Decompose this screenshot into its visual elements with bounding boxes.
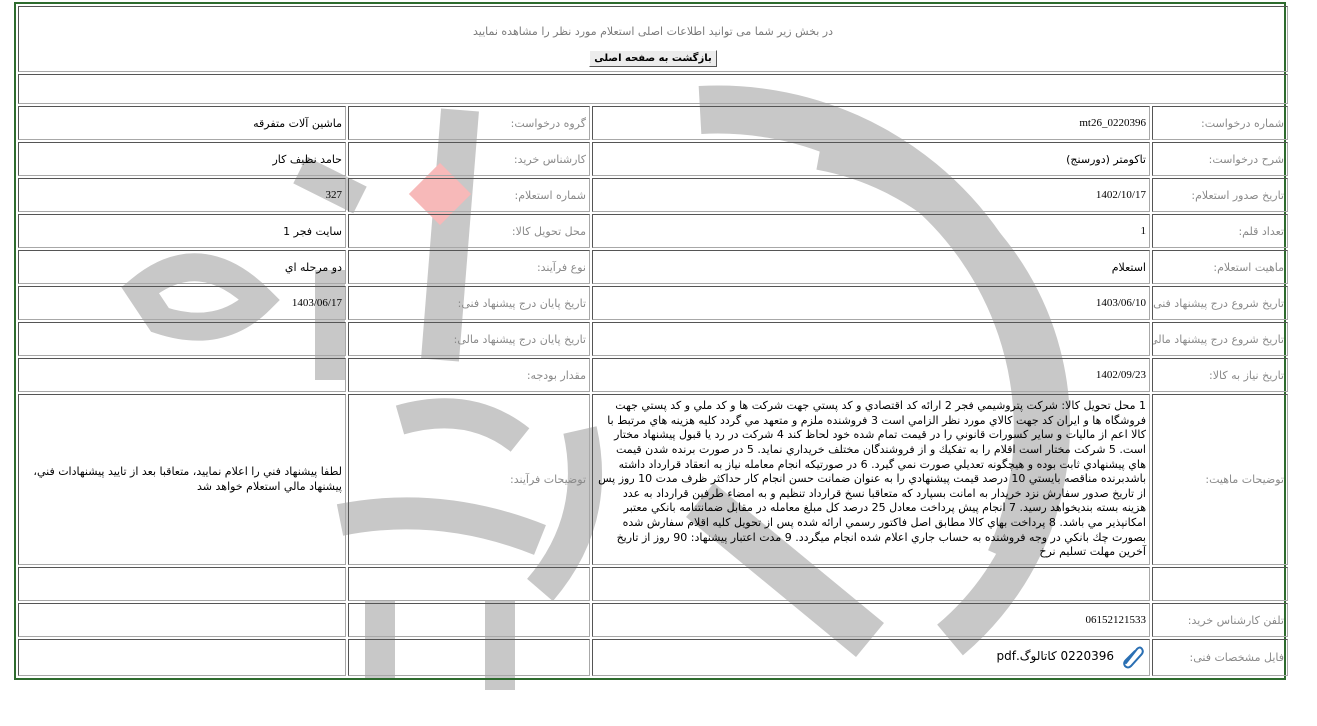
paperclip-icon[interactable] xyxy=(1120,643,1146,669)
need-date-value: 1402/09/23 xyxy=(592,358,1150,392)
tech-spec-file-link[interactable]: 0220396 کاتالوگ.pdf xyxy=(996,643,1146,669)
table-row: تلفن کارشناس خرید: 06152121533 xyxy=(18,603,1288,637)
empty-cell xyxy=(18,603,346,637)
fin-offer-start-label: تاریخ شروع درج پیشنهاد مالی: xyxy=(1152,322,1288,356)
table-row: تاریخ صدور استعلام: 1402/10/17 شماره است… xyxy=(18,178,1288,212)
request-number-label: شماره درخواست: xyxy=(1152,106,1288,140)
details-frame: در بخش زیر شما می توانید اطلاعات اصلی اس… xyxy=(14,2,1286,680)
tech-offer-end-label: تاریخ پایان درج پیشنهاد فنی: xyxy=(348,286,590,320)
inquiry-issue-date-value: 1402/10/17 xyxy=(592,178,1150,212)
request-number-value: mt26_0220396 xyxy=(592,106,1150,140)
inquiry-nature-value: استعلام xyxy=(592,250,1150,284)
table-row: تعداد قلم: 1 محل تحویل کالا: سایت فجر 1 xyxy=(18,214,1288,248)
tech-spec-file-cell: 0220396 کاتالوگ.pdf xyxy=(592,639,1150,676)
spacer-row xyxy=(18,74,1288,104)
tech-offer-end-value: 1403/06/17 xyxy=(18,286,346,320)
process-type-label: نوع فرآیند: xyxy=(348,250,590,284)
purchase-expert-label: کارشناس خرید: xyxy=(348,142,590,176)
nature-description-label: توضیحات ماهیت: xyxy=(1152,394,1288,565)
empty-cell xyxy=(18,639,346,676)
nature-description-value: 1 محل تحویل کالا: شرکت پتروشیمي فجر 2 ار… xyxy=(592,394,1150,565)
budget-amount-value xyxy=(18,358,346,392)
purchase-expert-value: حامد نظیف کار xyxy=(18,142,346,176)
inquiry-nature-label: ماهیت استعلام: xyxy=(1152,250,1288,284)
empty-cell xyxy=(348,603,590,637)
tech-offer-start-label: تاریخ شروع درج پیشنهاد فنی: xyxy=(1152,286,1288,320)
intro-text: در بخش زیر شما می توانید اطلاعات اصلی اس… xyxy=(22,25,1284,38)
inquiry-issue-date-label: تاریخ صدور استعلام: xyxy=(1152,178,1288,212)
process-type-value: دو مرحله اي xyxy=(18,250,346,284)
table-row: تاریخ شروع درج پیشنهاد مالی: تاریخ پایان… xyxy=(18,322,1288,356)
table-row: ماهیت استعلام: استعلام نوع فرآیند: دو مر… xyxy=(18,250,1288,284)
request-description-value: تاکومتر (دورسنج) xyxy=(592,142,1150,176)
item-count-value: 1 xyxy=(592,214,1150,248)
table-row: تاریخ نیاز به کالا: 1402/09/23 مقدار بود… xyxy=(18,358,1288,392)
item-count-label: تعداد قلم: xyxy=(1152,214,1288,248)
tech-spec-file-name[interactable]: 0220396 کاتالوگ.pdf xyxy=(996,649,1114,663)
need-date-label: تاریخ نیاز به کالا: xyxy=(1152,358,1288,392)
expert-phone-value: 06152121533 xyxy=(592,603,1150,637)
table-row: شرح درخواست: تاکومتر (دورسنج) کارشناس خر… xyxy=(18,142,1288,176)
table-row: فایل مشخصات فنی: 0220396 کاتالوگ.pdf xyxy=(18,639,1288,676)
header-cell: در بخش زیر شما می توانید اطلاعات اصلی اس… xyxy=(18,6,1288,72)
table-row xyxy=(18,567,1288,601)
budget-amount-label: مقدار بودجه: xyxy=(348,358,590,392)
process-description-label: توضیحات فرآیند: xyxy=(348,394,590,565)
request-group-value: ماشین آلات متفرقه xyxy=(18,106,346,140)
empty-cell xyxy=(348,639,590,676)
table-row: توضیحات ماهیت: 1 محل تحویل کالا: شرکت پت… xyxy=(18,394,1288,565)
delivery-location-label: محل تحویل کالا: xyxy=(348,214,590,248)
back-to-home-button[interactable]: بازگشت به صفحه اصلی xyxy=(589,50,717,67)
inquiry-details-table: در بخش زیر شما می توانید اطلاعات اصلی اس… xyxy=(16,4,1290,678)
expert-phone-label: تلفن کارشناس خرید: xyxy=(1152,603,1288,637)
inquiry-number-value: 327 xyxy=(18,178,346,212)
inquiry-number-label: شماره استعلام: xyxy=(348,178,590,212)
delivery-location-value: سایت فجر 1 xyxy=(18,214,346,248)
tech-offer-start-value: 1403/06/10 xyxy=(592,286,1150,320)
table-row: شماره درخواست: mt26_0220396 گروه درخواست… xyxy=(18,106,1288,140)
empty-cell xyxy=(592,567,1150,601)
request-description-label: شرح درخواست: xyxy=(1152,142,1288,176)
fin-offer-end-value xyxy=(18,322,346,356)
table-row: تاریخ شروع درج پیشنهاد فنی: 1403/06/10 ت… xyxy=(18,286,1288,320)
empty-cell xyxy=(18,567,346,601)
fin-offer-end-label: تاریخ پایان درج پیشنهاد مالی: xyxy=(348,322,590,356)
request-group-label: گروه درخواست: xyxy=(348,106,590,140)
empty-cell xyxy=(1152,567,1288,601)
tech-spec-file-label: فایل مشخصات فنی: xyxy=(1152,639,1288,676)
process-description-value: لطفا پيشنهاد فني را اعلام نماييد، متعاقب… xyxy=(18,394,346,565)
empty-cell xyxy=(348,567,590,601)
fin-offer-start-value xyxy=(592,322,1150,356)
